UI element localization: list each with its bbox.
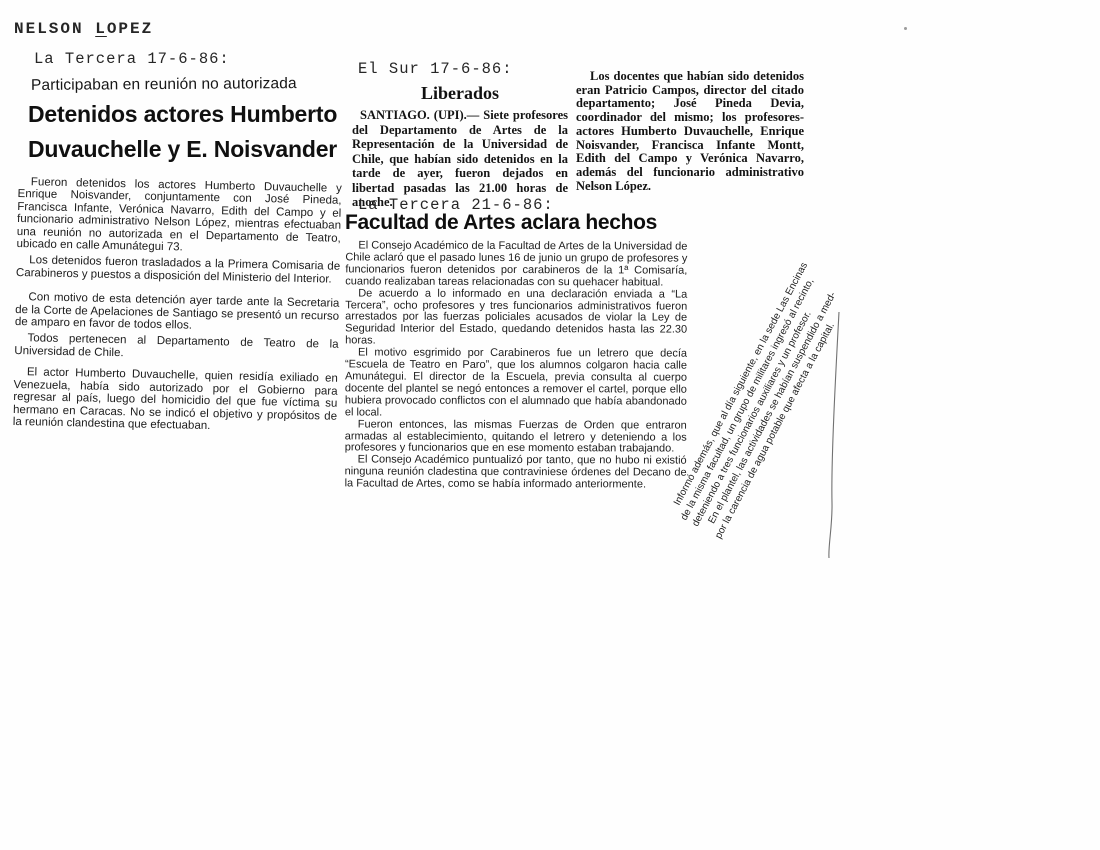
clipping2-headline: Liberados [352, 83, 568, 104]
clipping1-paragraph: Con motivo de esta detención ayer tarde … [15, 291, 340, 335]
scan-speck-artifact [904, 27, 907, 30]
clipping1-kicker: Participaban en reunión no autorizada [31, 75, 297, 95]
clipping2-column-right: Los docentes que habían sido detenidos e… [576, 70, 804, 193]
clipping1-paragraph: Todos pertenecen al Departamento de Teat… [14, 332, 338, 364]
clipping2-source-date: El Sur 17-6-86: [358, 60, 513, 78]
clipping3-paragraph: El Consejo Académico puntualizó por tant… [345, 455, 687, 492]
clipping3-paragraph: El Consejo Académico de la Facultad de A… [345, 240, 687, 289]
clipping3-paragraph: Fueron entonces, las mismas Fuerzas de O… [345, 419, 687, 456]
clipping2-paragraph: SANTIAGO. (UPI).— Siete profesores del D… [352, 108, 568, 210]
clipping1-source-date: La Tercera 17-6-86: [34, 50, 230, 68]
clipping1-headline: Detenidos actores Humberto Duvauchelle y… [28, 97, 358, 167]
annotation-name-part: OPEZ [107, 20, 153, 38]
scan-pen-line-artifact [824, 308, 844, 564]
clipping1-paragraph: Los detenidos fueron trasladados a la Pr… [16, 254, 340, 286]
clipping1-body: Fueron detenidos los actores Humberto Du… [13, 176, 342, 439]
annotation-name-part: NELSON [14, 20, 95, 38]
annotation-name-underlined-letter: L [95, 20, 107, 38]
rotated-line: deteniendo a tres funcionarios auxiliare… [689, 256, 842, 529]
clipping1-paragraph: El actor Humberto Duvauchelle, quien res… [13, 366, 338, 435]
clipping1-headline-line1: Detenidos actores Humberto [28, 97, 358, 132]
scanned-press-clippings-page: NELSON LOPEZ La Tercera 17-6-86: Partici… [0, 0, 1100, 850]
clipping3-paragraph: El motivo esgrimido por Carabineros fue … [345, 348, 687, 421]
clipping2-paragraph: Los docentes que habían sido detenidos e… [576, 70, 804, 193]
annotation-nelson-lopez: NELSON LOPEZ [14, 20, 153, 38]
clipping2-column-left: SANTIAGO. (UPI).— Siete profesores del D… [352, 108, 568, 210]
clipping3-paragraph: De acuerdo a lo informado en una declara… [345, 288, 687, 349]
clipping3-headline: Facultad de Artes aclara hechos [345, 211, 695, 235]
clipping1-paragraph: Fueron detenidos los actores Humberto Du… [16, 176, 341, 257]
clipping1-headline-line2: Duvauchelle y E. Noisvander [28, 132, 358, 167]
clipping3-body: El Consejo Académico de la Facultad de A… [345, 240, 688, 491]
